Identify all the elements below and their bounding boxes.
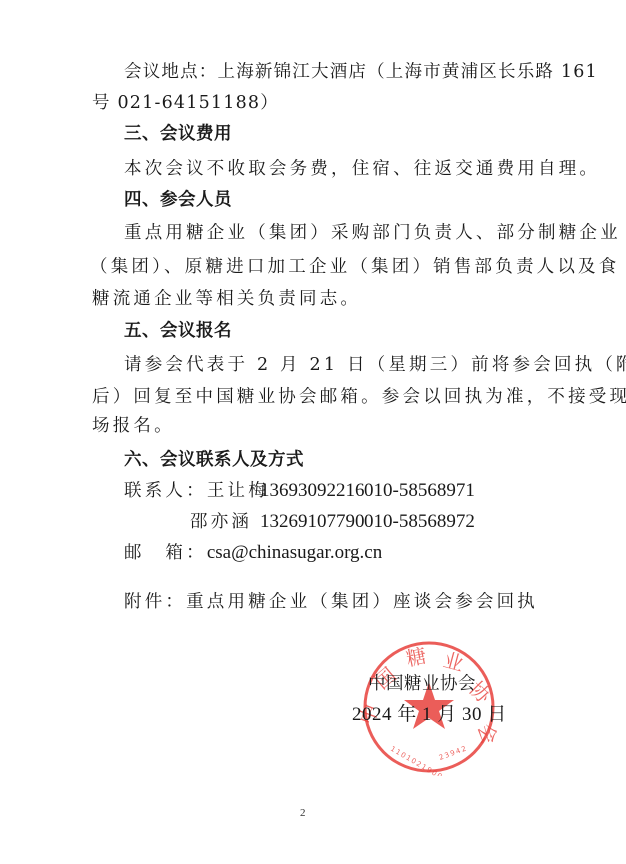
page-number: 2: [300, 807, 306, 819]
section-heading-registration: 五、会议报名: [124, 319, 232, 343]
contact-mobile: 13269107790: [260, 510, 365, 534]
registration-line-3: 场报名。: [92, 414, 175, 438]
attendees-line-1: 重点用糖企业（集团）采购部门负责人、部分制糖企业: [124, 221, 621, 245]
svg-text:糖: 糖: [404, 643, 429, 671]
contact-mobile: 13693092216: [260, 479, 365, 503]
contact-row-2: 邵亦涵 13269107790 010-58568972: [190, 510, 252, 534]
attendees-line-3: 糖流通企业等相关负责同志。: [92, 287, 361, 311]
section-heading-attendees: 四、参会人员: [124, 188, 232, 212]
contact-phone: 010-58568971: [364, 479, 475, 503]
fees-text: 本次会议不收取会务费，住宿、往返交通费用自理。: [124, 157, 600, 181]
contact-row-1: 联系人：王让梅 13693092216 010-58568971: [124, 479, 269, 503]
venue-address: 上海新锦江大酒店（上海市黄浦区长乐路 161: [218, 62, 598, 82]
registration-line-2: 后）回复至中国糖业协会邮箱。参会以回执为准，不接受现: [92, 385, 626, 409]
venue-line-2: 号 021-64151188）: [92, 91, 279, 115]
registration-line-1: 请参会代表于 2 月 21 日（星期三）前将参会回执（附: [124, 353, 626, 377]
attachment-note: 附件：重点用糖企业（集团）座谈会参会回执: [124, 590, 538, 614]
email-label: 邮 箱：: [124, 543, 207, 563]
attendees-line-2: （集团）、原糖进口加工企业（集团）销售部负责人以及食: [90, 255, 619, 279]
signature-date: 2024 年 1 月 30 日: [352, 703, 507, 727]
email-link[interactable]: csa@chinasugar.org.cn: [207, 542, 382, 563]
venue-label: 会议地点：: [124, 62, 218, 82]
contacts-label: 联系人：: [124, 481, 207, 501]
contact-name: 邵亦涵: [190, 512, 252, 532]
contact-phone: 010-58568972: [364, 510, 475, 534]
signature-org: 中国糖业协会: [368, 672, 476, 696]
section-heading-contacts: 六、会议联系人及方式: [124, 448, 304, 472]
email-row: 邮 箱：csa@chinasugar.org.cn: [124, 541, 382, 565]
venue-line-1: 会议地点：上海新锦江大酒店（上海市黄浦区长乐路 161: [124, 60, 598, 84]
section-heading-fees: 三、会议费用: [124, 122, 232, 146]
